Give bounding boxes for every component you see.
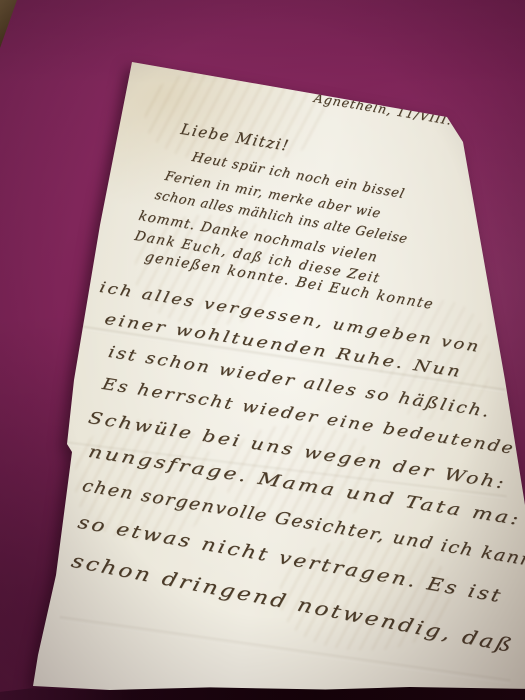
letter-paper: Agnetheln, 11/VIII. 1924 Liebe Mitzi! He… bbox=[0, 0, 525, 700]
photo-of-letter-on-fabric: Agnetheln, 11/VIII. 1924 Liebe Mitzi! He… bbox=[0, 0, 525, 700]
paper-shadow: Agnetheln, 11/VIII. 1924 Liebe Mitzi! He… bbox=[0, 0, 525, 700]
letter-dateline: Agnetheln, 11/VIII. 1924 bbox=[312, 90, 494, 134]
ink-showthrough-smudge bbox=[145, 68, 325, 163]
